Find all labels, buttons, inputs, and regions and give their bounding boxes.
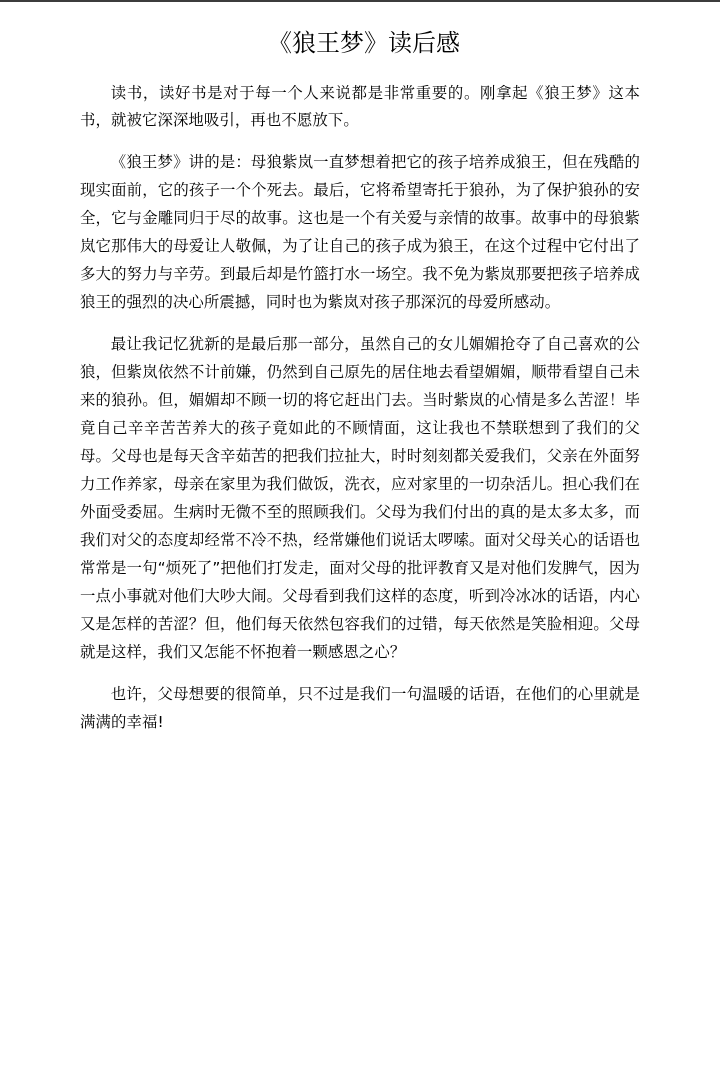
document-title: 《狼王梦》读后感 [0,26,720,60]
paragraph-1: 读书，读好书是对于每一个人来说都是非常重要的。刚拿起《狼王梦》这本书，就被它深深… [80,80,640,134]
paragraph-3: 最让我记忆犹新的是最后那一部分，虽然自己的女儿媚媚抢夺了自己喜欢的公狼，但紫岚依… [80,330,640,666]
document-body: 读书，读好书是对于每一个人来说都是非常重要的。刚拿起《狼王梦》这本书，就被它深深… [80,80,640,750]
paragraph-2: 《狼王梦》讲的是：母狼紫岚一直梦想着把它的孩子培养成狼王，但在残酷的现实面前，它… [80,148,640,316]
paragraph-4: 也许，父母想要的很简单，只不过是我们一句温暖的话语，在他们的心里就是满满的幸福! [80,680,640,736]
window-top-border [0,0,720,2]
